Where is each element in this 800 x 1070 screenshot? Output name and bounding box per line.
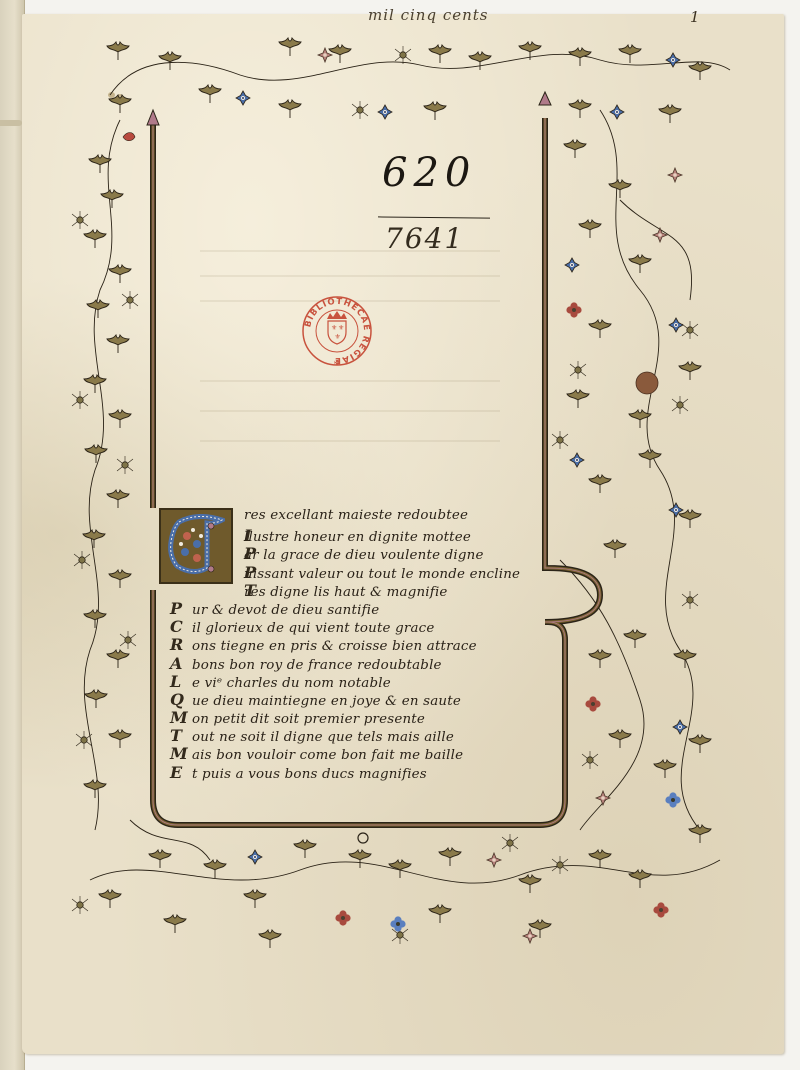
verse-line: Puissant valeur ou tout le monde encline	[170, 563, 560, 581]
large-brown-bud	[636, 372, 658, 394]
shelfmark-current: 620	[382, 150, 476, 196]
folio-number: 1	[690, 8, 700, 26]
show-through	[200, 380, 500, 382]
svg-text:✠: ✠	[334, 359, 340, 367]
show-through	[200, 410, 500, 412]
verse-line: Pur & devot de dieu santifie	[170, 599, 560, 617]
verse-line: Par la grace de dieu voulente digne	[170, 544, 560, 562]
verse-line: Mais bon vouloir come bon fait me baille	[170, 744, 560, 762]
red-bud	[123, 133, 135, 141]
top-margin-note: mil cinq cents	[368, 6, 488, 24]
svg-text:⚜: ⚜	[335, 333, 341, 341]
verse-line: Abons bon roy de france redoubtable	[170, 654, 560, 672]
verse-line: Illustre honeur en dignite mottee	[170, 526, 560, 544]
verse-line: res excellant maieste redoubtee	[170, 508, 560, 526]
svg-text:⚜: ⚜	[338, 324, 344, 332]
verse-line: Que dieu maintiegne en joye & en saute	[170, 690, 560, 708]
shelfmark-old: 7641	[385, 222, 464, 255]
verse-line: Et puis a vous bons ducs magnifies	[170, 763, 560, 781]
verse-line: Mon petit dit soit premier presente	[170, 708, 560, 726]
verse-line: Tout ne soit il digne que tels mais aill…	[170, 726, 560, 744]
leaves-left	[72, 155, 138, 798]
verse-line: Rons tiegne en pris & croisse bien attra…	[170, 635, 560, 653]
svg-text:⚜: ⚜	[331, 324, 337, 332]
fleur-de-lis-shield-icon: ⚜ ⚜ ⚜	[328, 321, 346, 344]
flowers-right	[565, 228, 687, 808]
verse-line: Cil glorieux de qui vient toute grace	[170, 617, 560, 635]
verse-line: Le viᵉ charles du nom notable	[170, 672, 560, 690]
verse-text-block: res excellant maieste redoubtee Illustre…	[170, 508, 560, 781]
bibliotheca-regia-stamp: BIBLIOTHECAE REGIAE ⚜ ⚜ ⚜ ✠	[300, 294, 374, 368]
leaves-bottom	[72, 825, 711, 948]
show-through	[200, 275, 500, 277]
show-through	[200, 440, 500, 442]
crown-icon	[327, 311, 347, 319]
flowers-bottom	[248, 850, 669, 943]
verse-line: Tres digne lis haut & magnifie	[170, 581, 560, 599]
